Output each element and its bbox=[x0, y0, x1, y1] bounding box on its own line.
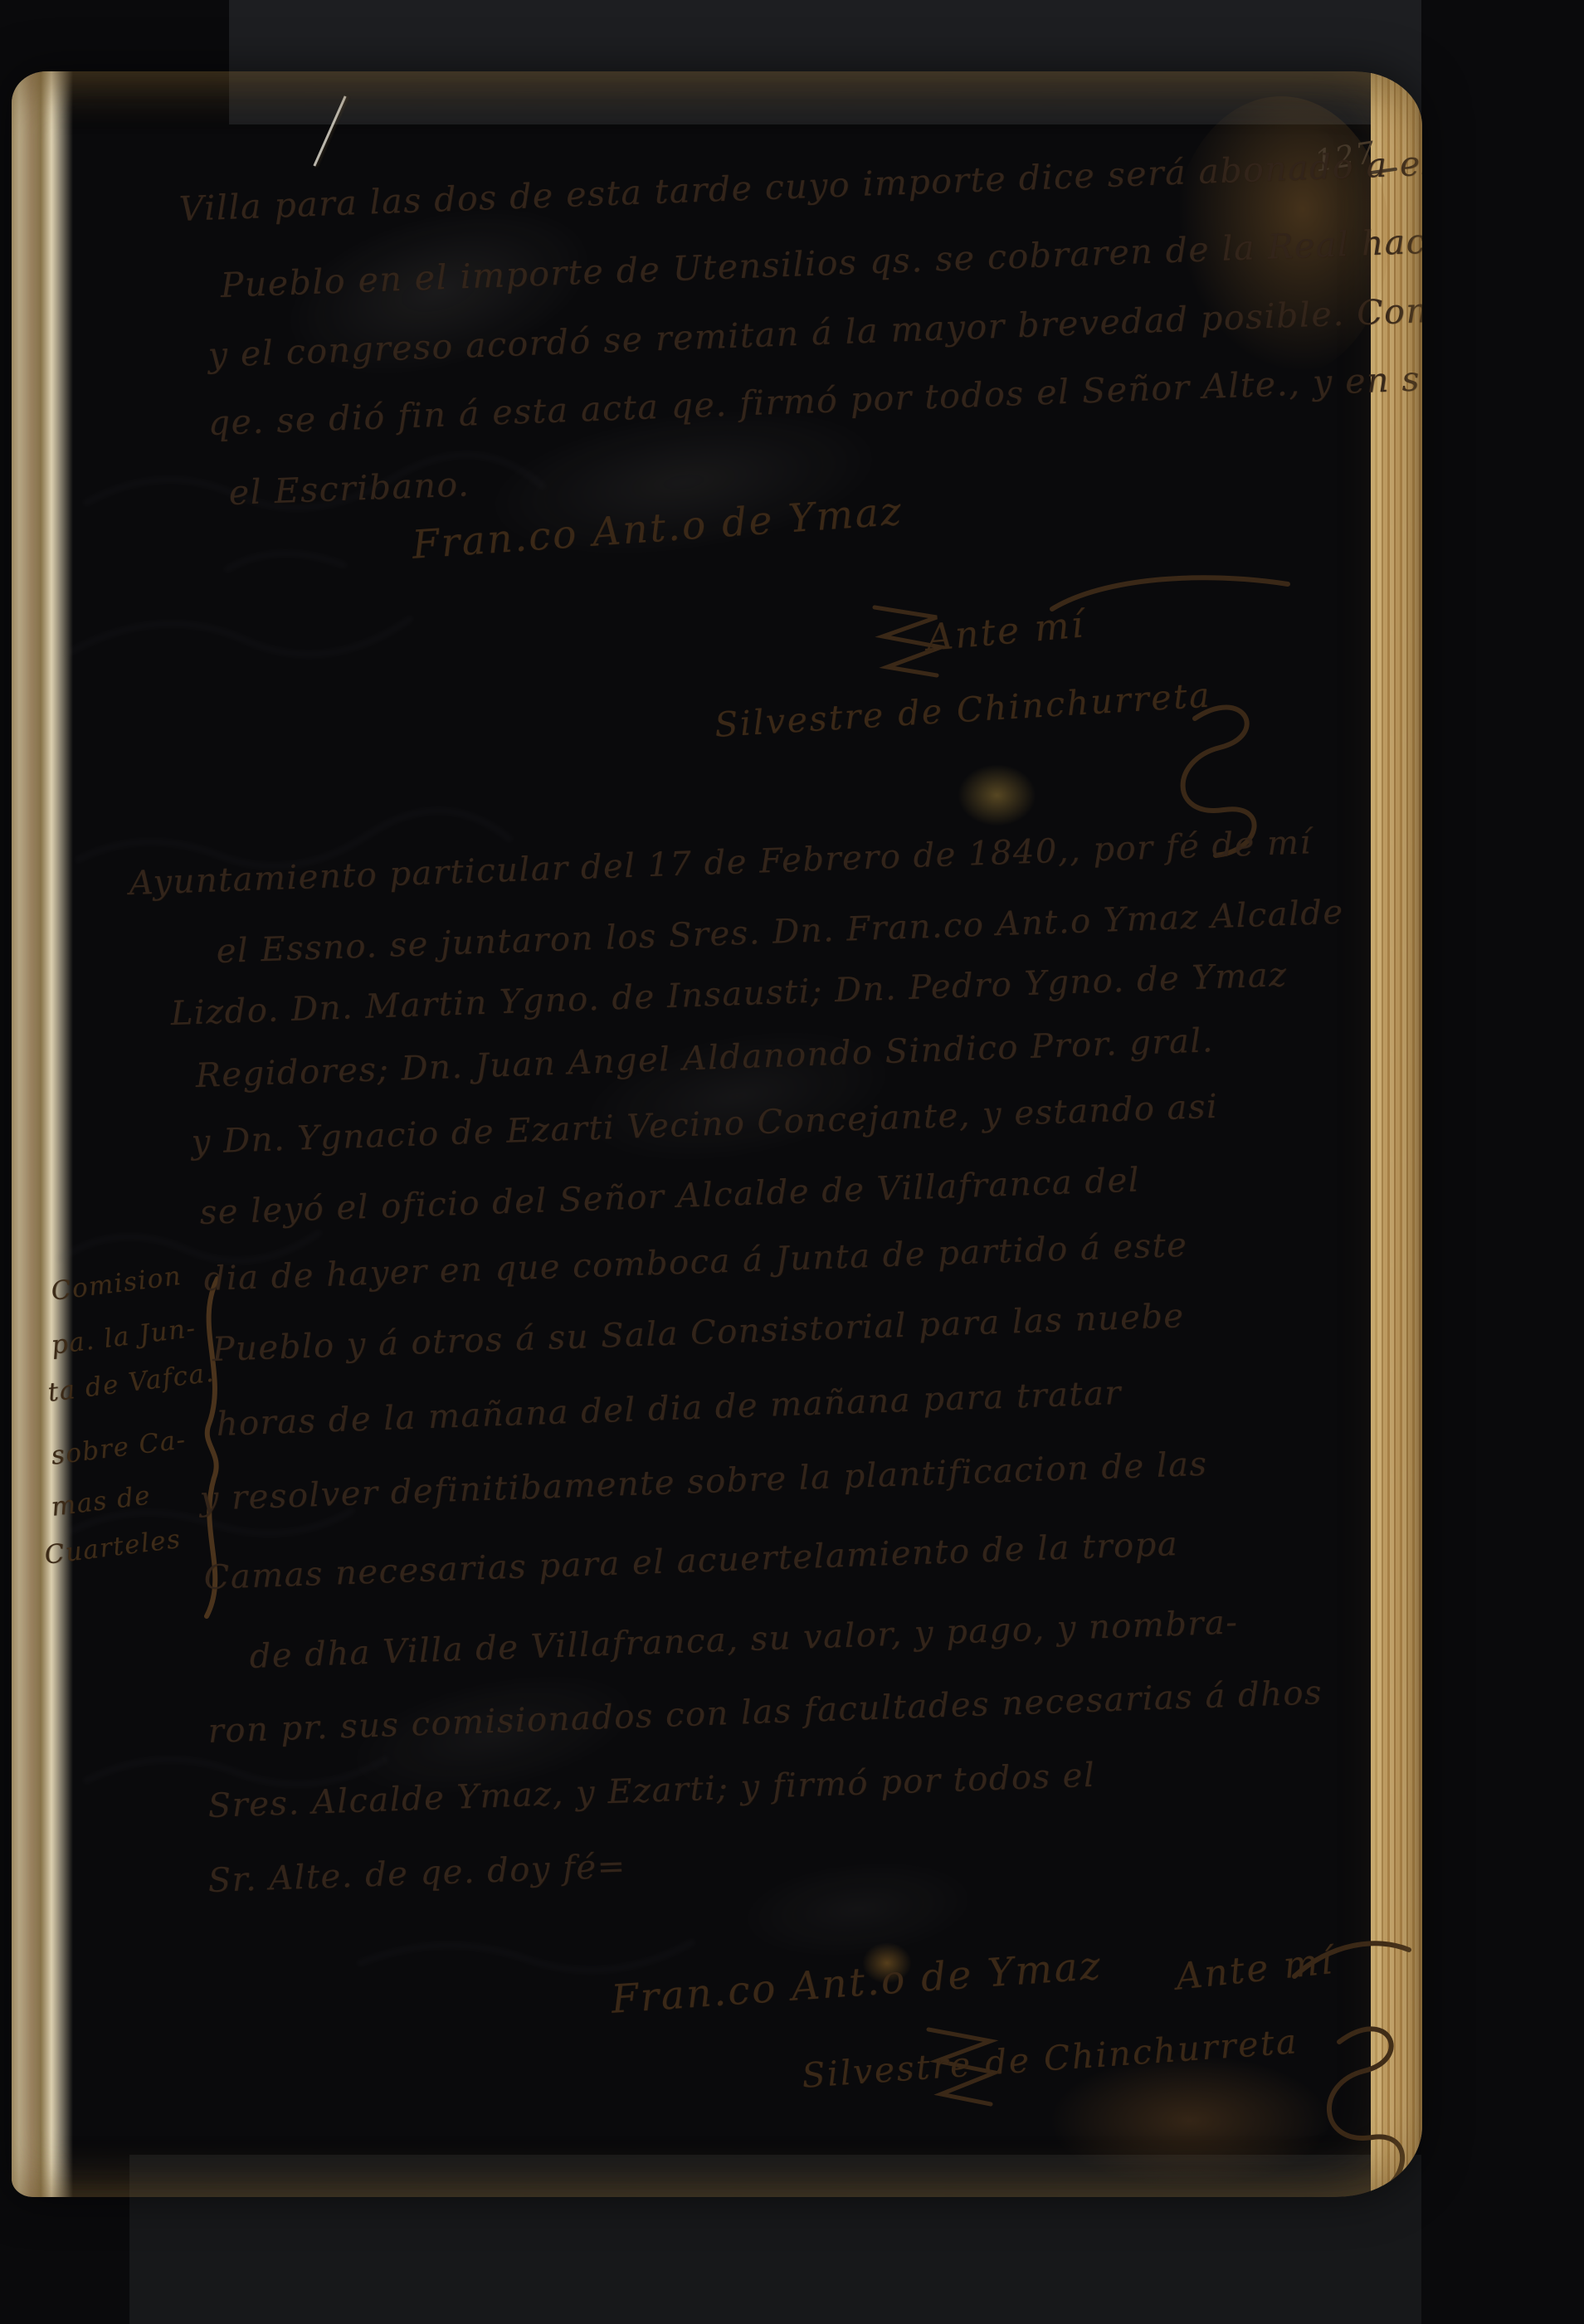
body-line: de dha Villa de Villafranca, su valor, y… bbox=[249, 1605, 1239, 1674]
signature-chinchurreta: Silvestre de Chinchurreta bbox=[801, 2024, 1299, 2093]
body-line: Camas necesarias para el acuertelamiento… bbox=[203, 1527, 1179, 1595]
page-gutter-fold bbox=[12, 71, 73, 2197]
manuscript-page: 127 Villa para las dos de esta tarde cuy… bbox=[12, 71, 1422, 2197]
body-line: el Essno. se juntaron los Sres. Dn. Fran… bbox=[216, 896, 1344, 968]
paper-tear bbox=[313, 95, 346, 166]
body-line: Sr. Alte. de qe. doy fé= bbox=[207, 1849, 626, 1898]
body-line: Pueblo y á otros á su Sala Consistorial … bbox=[212, 1299, 1185, 1367]
signature-chinchurreta: Silvestre de Chinchurreta bbox=[714, 678, 1212, 743]
body-line: se leyó el oficio del Señor Alcalde de V… bbox=[199, 1163, 1141, 1230]
opening-line: el Escribano. bbox=[228, 467, 470, 510]
opening-line: Villa para las dos de esta tarde cuyo im… bbox=[178, 145, 1422, 227]
body-line: Lizdo. Dn. Martin Ygno. de Insausti; Dn.… bbox=[170, 958, 1288, 1030]
opening-line: y el congreso acordó se remitan á la may… bbox=[207, 292, 1422, 373]
signature-imaz: Fran.co Ant.o de Ymaz bbox=[610, 1946, 1104, 2019]
ante-mi-note: Ante mí bbox=[1174, 1943, 1336, 1996]
opening-line: Pueblo en el importe de Utensilios qs. s… bbox=[220, 221, 1422, 303]
signature-imaz: Fran.co Ant.o de Ymaz bbox=[411, 492, 904, 565]
pencil-smudge bbox=[550, 996, 926, 1196]
body-line: y resolver definitibamente sobre la plan… bbox=[199, 1448, 1208, 1516]
body-line: horas de la mañana del dia de mañana par… bbox=[216, 1376, 1123, 1441]
body-line: Ayuntamiento particular del 17 de Febrer… bbox=[129, 826, 1312, 900]
archival-scan: 127 Villa para las dos de esta tarde cuy… bbox=[0, 0, 1584, 2324]
paper-stain bbox=[958, 764, 1036, 826]
body-line: Sres. Alcalde Ymaz, y Ezarti; y firmó po… bbox=[207, 1759, 1096, 1823]
body-line: ron pr. sus comisionados con las faculta… bbox=[207, 1676, 1323, 1748]
body-line: y Dn. Ygnacio de Ezarti Vecino Concejant… bbox=[191, 1090, 1219, 1159]
body-line: Regidores; Dn. Juan Angel Aldanondo Sind… bbox=[195, 1024, 1214, 1093]
ante-mi-note: Ante mí bbox=[925, 607, 1086, 656]
body-line: dia de hayer en que comboca á Junta de p… bbox=[203, 1229, 1188, 1296]
opening-line: qe. se dió fin á esta acta qe. firmó por… bbox=[207, 358, 1422, 441]
